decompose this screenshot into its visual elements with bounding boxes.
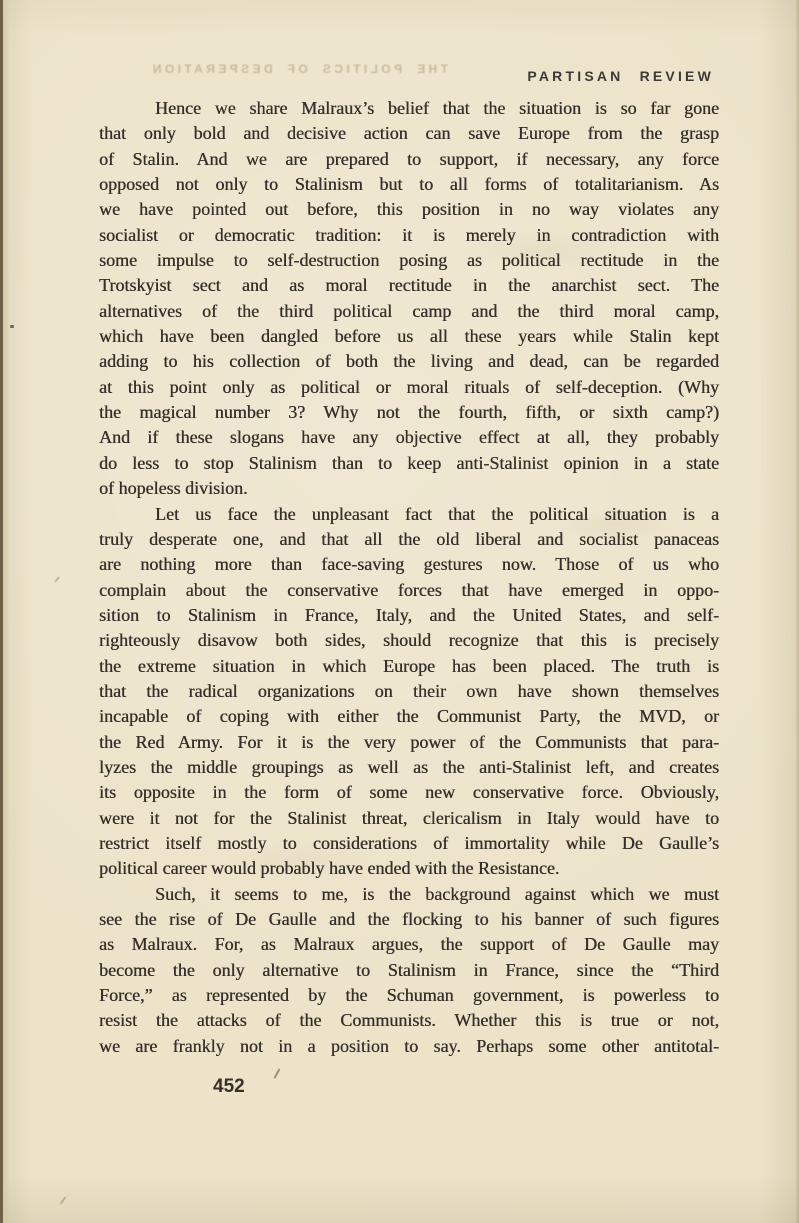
text-line: of Stalin. And we are prepared to suppor… xyxy=(99,147,719,172)
paper-speck xyxy=(10,325,14,328)
paragraph-2: Let us face the unpleasant fact that the… xyxy=(99,502,719,882)
text-line: incapable of coping with either the Comm… xyxy=(99,704,719,729)
text-line: restrict itself mostly to considerations… xyxy=(99,831,719,856)
text-line: we are frankly not in a position to say.… xyxy=(99,1034,719,1059)
text-line: that the radical organizations on their … xyxy=(99,679,719,704)
text-line: resist the attacks of the Communists. Wh… xyxy=(99,1008,719,1033)
text-line: Let us face the unpleasant fact that the… xyxy=(99,502,719,527)
text-line: adding to his collection of both the liv… xyxy=(99,349,719,374)
text-line: the Red Army. For it is the very power o… xyxy=(99,730,719,755)
text-line: we have pointed out before, this positio… xyxy=(99,197,719,222)
paper-speck xyxy=(54,576,60,583)
text-line: Force,” as represented by the Schuman go… xyxy=(99,983,719,1008)
text-line: the magical number 3? Why not the fourth… xyxy=(99,400,719,425)
text-line: of hopeless division. xyxy=(99,476,719,501)
running-head: PARTISAN REVIEW xyxy=(527,68,714,84)
scanned-page: THE POLITICS OF DESPERATION PARTISAN REV… xyxy=(0,0,799,1223)
text-line: become the only alternative to Stalinism… xyxy=(99,958,719,983)
text-line: do less to stop Stalinism than to keep a… xyxy=(99,451,719,476)
text-line: And if these slogans have any objective … xyxy=(99,425,719,450)
paragraph-1: Hence we share Malraux’s belief that the… xyxy=(99,96,719,502)
text-line: opposed not only to Stalinism but to all… xyxy=(99,172,719,197)
text-line: sition to Stalinism in France, Italy, an… xyxy=(99,603,719,628)
scan-right-edge-shadow xyxy=(795,0,799,1223)
text-line: which have been dangled before us all th… xyxy=(99,324,719,349)
paper-speck xyxy=(274,1068,280,1078)
text-line: see the rise of De Gaulle and the flocki… xyxy=(99,907,719,932)
show-through-ghost-title: THE POLITICS OF DESPERATION xyxy=(112,62,448,76)
text-line: truly desperate one, and that all the ol… xyxy=(99,527,719,552)
text-line: socialist or democratic tradition: it is… xyxy=(99,223,719,248)
text-line: political career would probably have end… xyxy=(99,856,719,881)
text-line: complain about the conservative forces t… xyxy=(99,578,719,603)
text-line: Trotskyist sect and as moral rectitude i… xyxy=(99,273,719,298)
scan-left-edge-shadow xyxy=(3,0,10,1223)
text-line: at this point only as political or moral… xyxy=(99,375,719,400)
paragraph-3: Such, it seems to me, is the background … xyxy=(99,882,719,1059)
text-line: that only bold and decisive action can s… xyxy=(99,121,719,146)
text-line: Such, it seems to me, is the background … xyxy=(99,882,719,907)
page-number: 452 xyxy=(213,1076,245,1098)
text-line: the extreme situation in which Europe ha… xyxy=(99,654,719,679)
text-line: righteously disavow both sides, should r… xyxy=(99,628,719,653)
text-line: some impulse to self-destruction posing … xyxy=(99,248,719,273)
text-line: its opposite in the form of some new con… xyxy=(99,780,719,805)
text-line: Hence we share Malraux’s belief that the… xyxy=(99,96,719,121)
text-line: were it not for the Stalinist threat, cl… xyxy=(99,806,719,831)
text-line: lyzes the middle groupings as well as th… xyxy=(99,755,719,780)
paper-speck xyxy=(60,1196,67,1205)
text-line: as Malraux. For, as Malraux argues, the … xyxy=(99,932,719,957)
text-line: alternatives of the third political camp… xyxy=(99,299,719,324)
text-line: are nothing more than face-saving gestur… xyxy=(99,552,719,577)
article-text: Hence we share Malraux’s belief that the… xyxy=(99,96,719,1059)
